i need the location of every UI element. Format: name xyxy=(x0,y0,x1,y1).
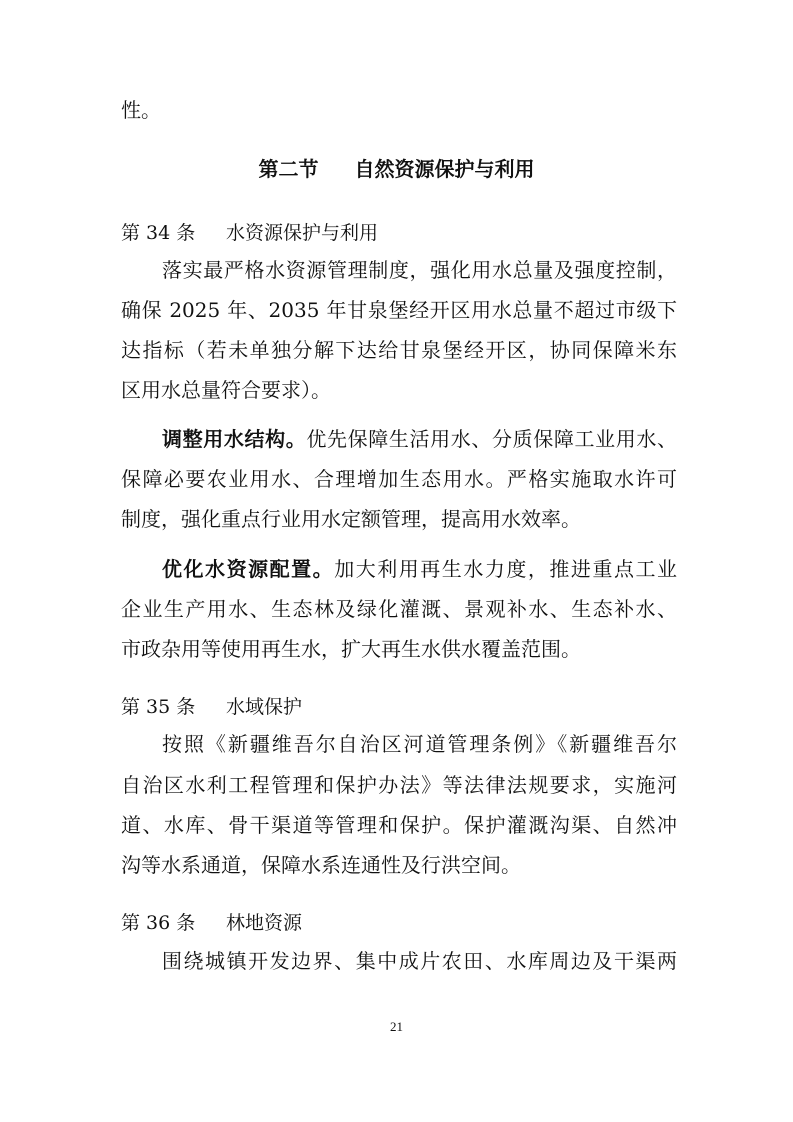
article-heading-34: 第 34 条水资源保护与利用 xyxy=(121,218,378,245)
paragraph-line: 区用水总量符合要求）。 xyxy=(121,378,677,402)
paragraph-line: 围绕城镇开发边界、集中成片农田、水库周边及干渠两 xyxy=(162,949,677,973)
paragraph-line: 落实最严格水资源管理制度，强化用水总量及强度控制， xyxy=(162,258,677,282)
paragraph-line: 确保 2025 年、2035 年甘泉堡经开区用水总量不超过市级下 xyxy=(121,298,677,322)
paragraph-line: 道、水库、骨干渠道等管理和保护。保护灌溉沟渠、自然冲 xyxy=(121,813,677,837)
paragraph-line: 沟等水系通道，保障水系连通性及行洪空间。 xyxy=(121,853,677,877)
paragraph-text: 加大利用再生水力度，推进重点工业 xyxy=(334,557,677,581)
paragraph-line: 达指标（若未单独分解下达给甘泉堡经开区，协同保障米东 xyxy=(121,338,677,362)
paragraph-line: 自治区水利工程管理和保护办法》等法律法规要求，实施河 xyxy=(121,773,677,797)
article-title: 水域保护 xyxy=(226,696,302,718)
paragraph-lead: 调整用水结构。 xyxy=(162,427,306,451)
paragraph-line: 调整用水结构。优先保障生活用水、分质保障工业用水、 xyxy=(162,427,677,451)
article-title: 水资源保护与利用 xyxy=(226,222,378,244)
page-number: 21 xyxy=(0,1019,793,1035)
paragraph-line: 企业生产用水、生态林及绿化灌溉、景观补水、生态补水、 xyxy=(121,597,677,621)
section-number: 第二节 xyxy=(259,153,319,182)
paragraph-line: 保障必要农业用水、合理增加生态用水。严格实施取水许可 xyxy=(121,467,677,491)
paragraph-text: 优先保障生活用水、分质保障工业用水、 xyxy=(306,427,677,451)
article-heading-35: 第 35 条水域保护 xyxy=(121,692,302,719)
paragraph-line: 优化水资源配置。加大利用再生水力度，推进重点工业 xyxy=(162,557,677,581)
paragraph-lead: 优化水资源配置。 xyxy=(162,557,334,581)
paragraph-line: 市政杂用等使用再生水，扩大再生水供水覆盖范围。 xyxy=(121,637,677,661)
continuation-text: 性。 xyxy=(121,98,677,122)
section-title: 自然资源保护与利用 xyxy=(354,153,534,182)
article-title: 林地资源 xyxy=(226,912,302,934)
article-number: 第 35 条 xyxy=(121,692,226,719)
section-heading: 第二节 自然资源保护与利用 xyxy=(0,153,793,182)
article-number: 第 34 条 xyxy=(121,218,226,245)
paragraph-line: 制度，强化重点行业用水定额管理，提高用水效率。 xyxy=(121,507,677,531)
article-number: 第 36 条 xyxy=(121,908,226,935)
article-heading-36: 第 36 条林地资源 xyxy=(121,908,302,935)
paragraph-line: 按照《新疆维吾尔自治区河道管理条例》《新疆维吾尔 xyxy=(162,732,677,756)
